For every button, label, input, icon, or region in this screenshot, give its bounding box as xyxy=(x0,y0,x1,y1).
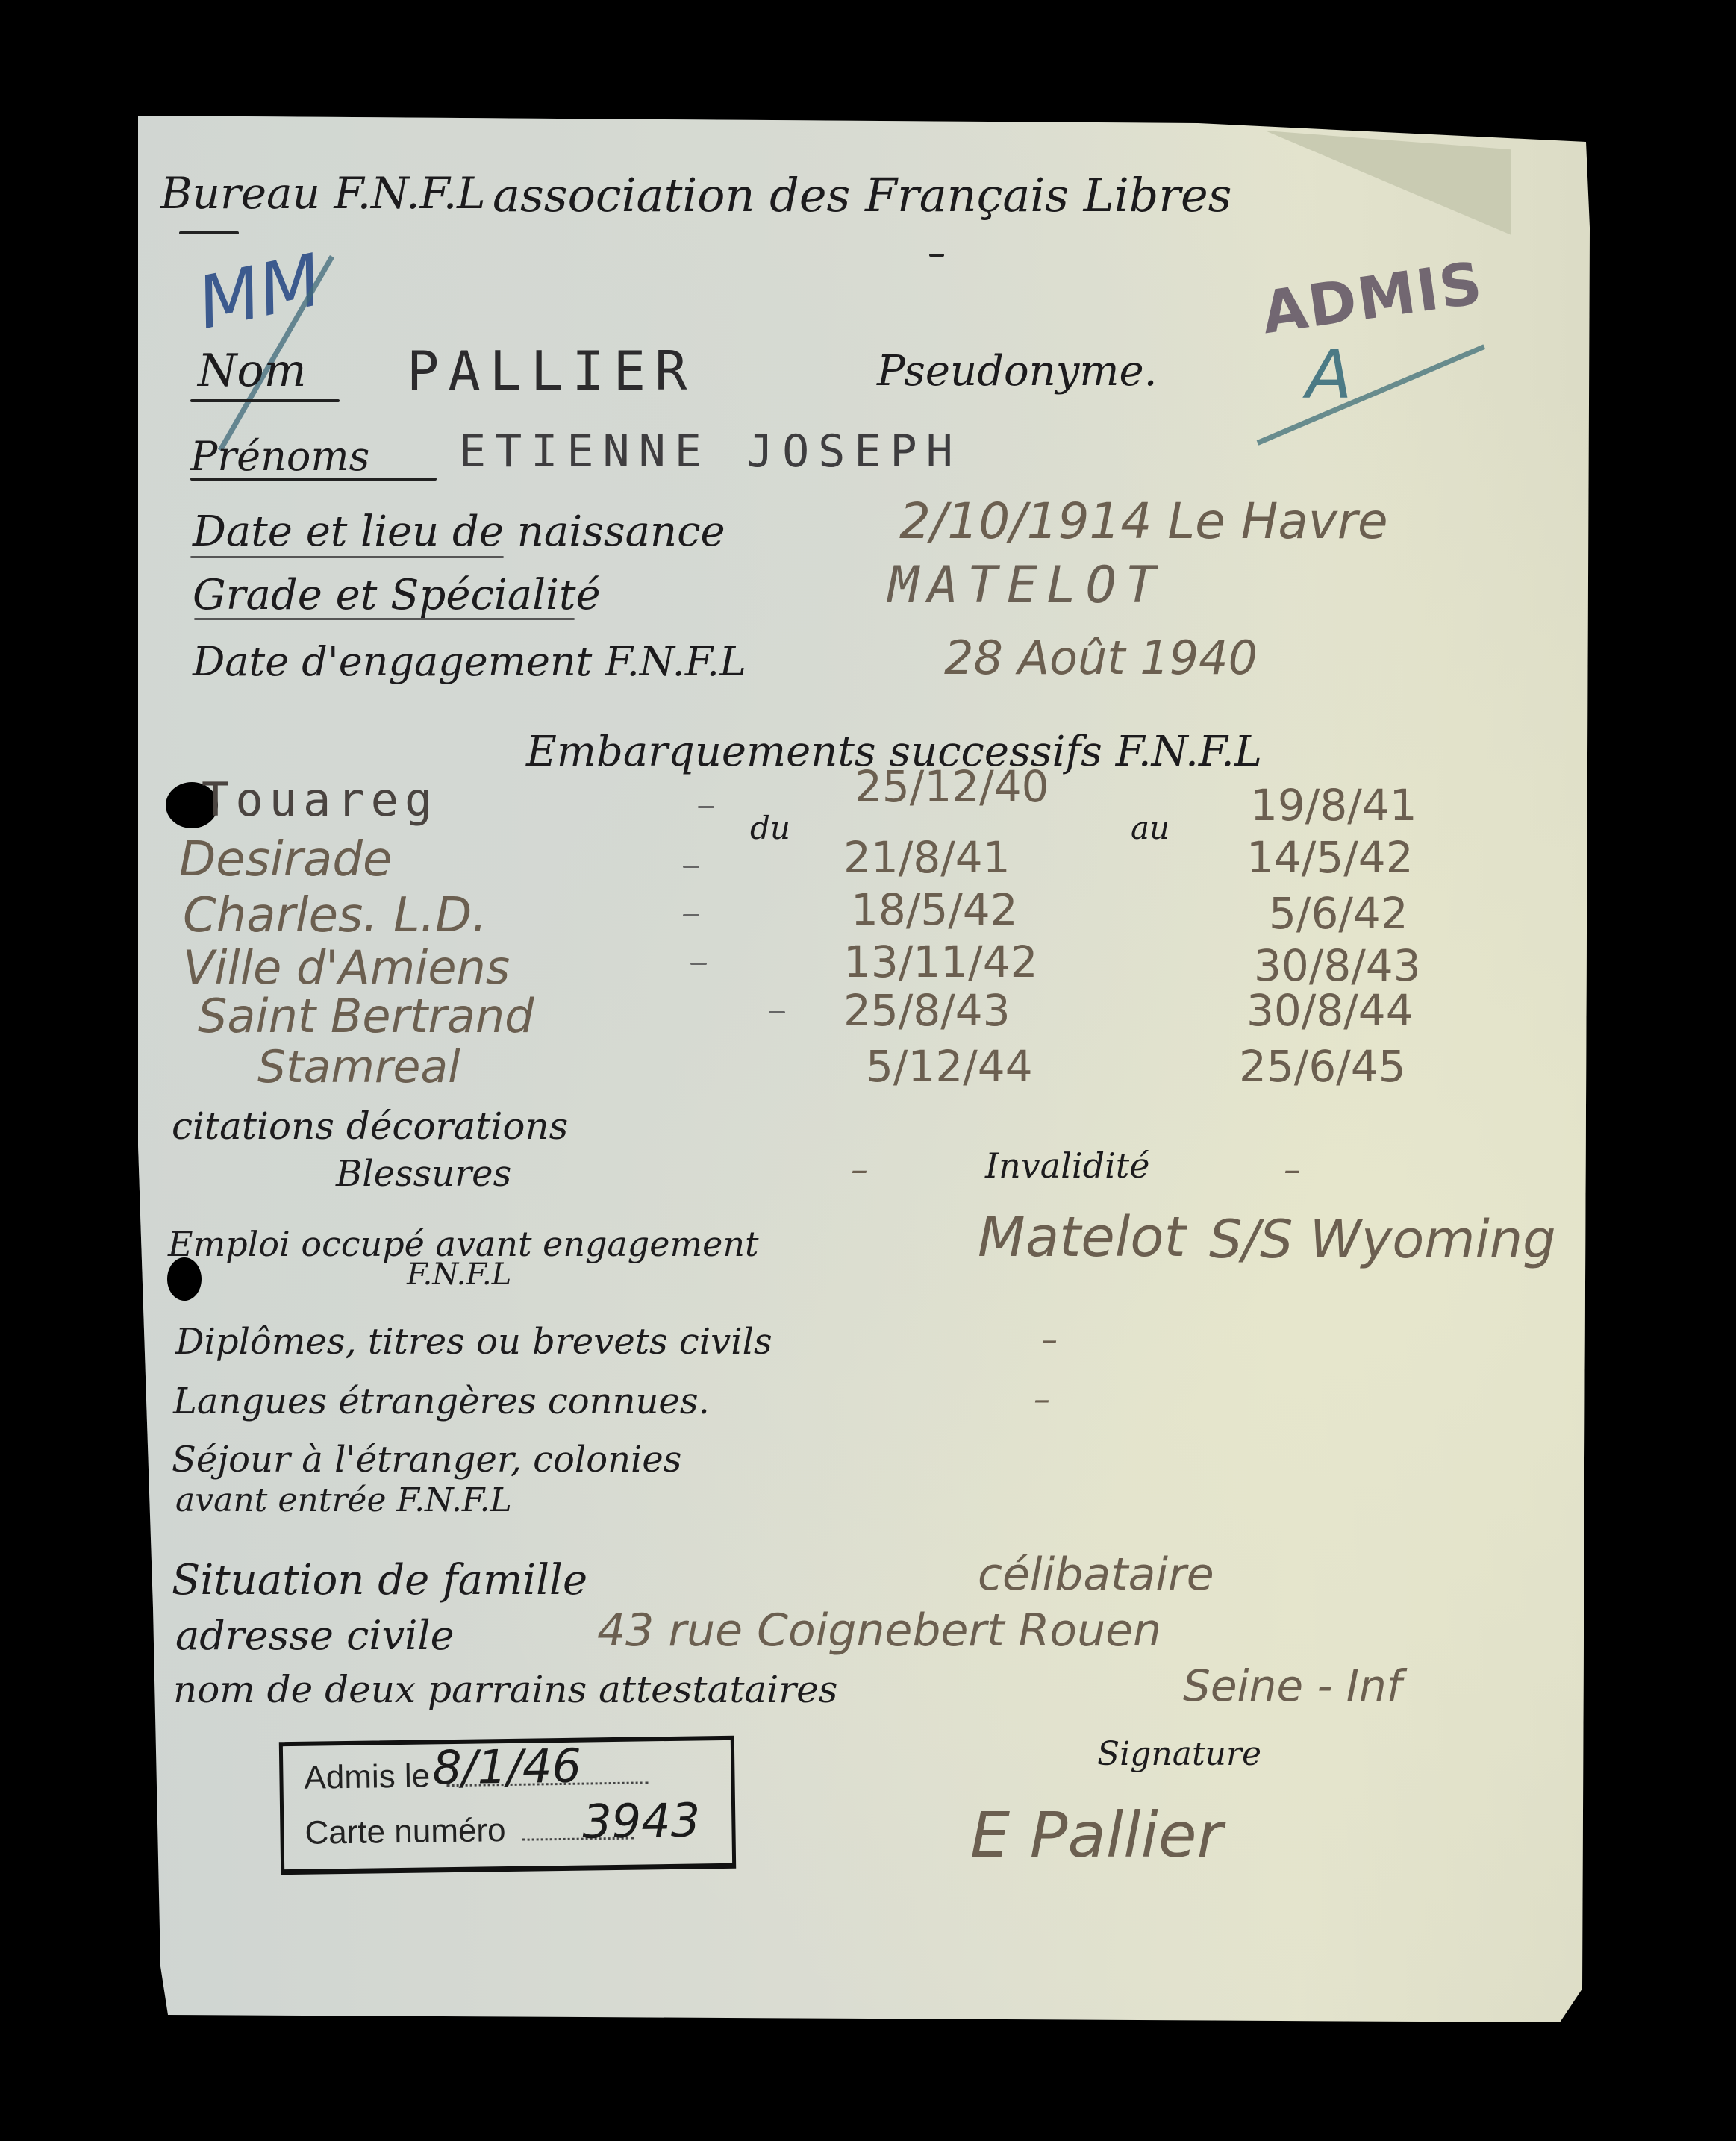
emploi-label-2: F.N.F.L xyxy=(407,1257,511,1292)
to-label: au xyxy=(1131,810,1170,846)
prenoms-label: Prénoms xyxy=(190,433,369,480)
famille-value: célibataire xyxy=(978,1548,1214,1601)
grade-label: Grade et Spécialité xyxy=(193,571,601,619)
adresse-region: Seine - Inf xyxy=(1183,1660,1402,1711)
adresse-value: 43 rue Coignebert Rouen xyxy=(597,1604,1161,1657)
to-date: 30/8/44 xyxy=(1246,985,1414,1036)
to-date: 19/8/41 xyxy=(1250,780,1417,831)
from-date: 13/11/42 xyxy=(843,937,1038,987)
header-underline xyxy=(179,231,239,234)
parrains-label: nom de deux parrains attestataires xyxy=(173,1668,837,1711)
ship-name: Saint Bertrand xyxy=(198,989,534,1043)
ship-name: Desirade xyxy=(179,832,392,887)
from-label: du xyxy=(750,810,790,846)
emploi-ship: S/S Wyoming xyxy=(1209,1209,1556,1270)
naissance-value: 2/10/1914 Le Havre xyxy=(899,493,1388,550)
prenoms-underline xyxy=(190,478,437,481)
engagement-label: Date d'engagement F.N.F.L xyxy=(193,638,746,685)
signature-label: Signature xyxy=(1097,1735,1261,1773)
admission-stamp-box: Admis le 8/1/46 Carte numéro 3943 xyxy=(279,1736,736,1875)
naissance-label: Date et lieu de naissance xyxy=(193,507,725,556)
grade-value: MATELOT xyxy=(888,556,1165,615)
ship-name: Charles. L.D. xyxy=(183,888,487,943)
dash xyxy=(683,866,699,868)
carte-number: 3943 xyxy=(582,1792,701,1848)
diplomes-label: Diplômes, titres ou brevets civils xyxy=(175,1321,772,1363)
to-date: 30/8/43 xyxy=(1254,940,1421,991)
langues-label: Langues étrangères connues. xyxy=(173,1381,710,1422)
dash xyxy=(769,1011,785,1013)
nom-underline xyxy=(190,399,340,402)
ship-name: Stamreal xyxy=(257,1041,460,1093)
naissance-underline xyxy=(190,556,504,558)
admis-date: 8/1/46 xyxy=(432,1739,582,1795)
invalidite-label: Invalidité xyxy=(985,1145,1150,1186)
blessures-value: – xyxy=(851,1149,868,1190)
adresse-label: adresse civile xyxy=(175,1612,455,1659)
sejour-label-2: avant entrée F.N.F.L xyxy=(175,1481,512,1519)
admis-label: Admis le xyxy=(304,1757,430,1795)
dash xyxy=(683,914,699,916)
citations-label: citations décorations xyxy=(172,1104,568,1148)
header-bureau: Bureau F.N.F.L xyxy=(160,168,486,219)
dash xyxy=(690,963,707,965)
blessures-label: Blessures xyxy=(336,1153,511,1195)
nom-value: PALLIER xyxy=(407,340,696,402)
header-dash xyxy=(929,254,944,257)
grade-underline xyxy=(194,618,575,620)
to-date: 14/5/42 xyxy=(1246,832,1414,883)
dash xyxy=(698,806,714,808)
prenoms-value: ETIENNE JOSEPH xyxy=(459,425,962,478)
invalidite-value: – xyxy=(1284,1149,1301,1190)
to-date: 25/6/45 xyxy=(1239,1041,1406,1092)
carte-label: Carte numéro xyxy=(305,1812,506,1851)
engagement-value: 28 Août 1940 xyxy=(944,631,1258,685)
sejour-label: Séjour à l'étranger, colonies xyxy=(172,1439,681,1481)
diplomes-value: – xyxy=(1041,1321,1058,1359)
from-date: 5/12/44 xyxy=(866,1041,1033,1092)
to-date: 5/6/42 xyxy=(1269,888,1408,939)
ship-name: Ville d'Amiens xyxy=(183,940,510,995)
signature: E Pallier xyxy=(970,1798,1223,1872)
header-association: association des Français Libres xyxy=(493,168,1232,222)
from-date: 25/8/43 xyxy=(843,985,1011,1036)
nom-label: Nom xyxy=(198,345,307,397)
pseudonyme-label: Pseudonyme. xyxy=(877,347,1157,396)
emploi-value: Matelot xyxy=(978,1205,1186,1269)
langues-value: – xyxy=(1034,1381,1050,1419)
famille-label: Situation de famille xyxy=(172,1556,587,1604)
from-date: 25/12/40 xyxy=(855,761,1049,812)
ship-name: Touareg xyxy=(202,772,438,827)
from-date: 21/8/41 xyxy=(843,832,1011,883)
from-date: 18/5/42 xyxy=(851,884,1018,935)
